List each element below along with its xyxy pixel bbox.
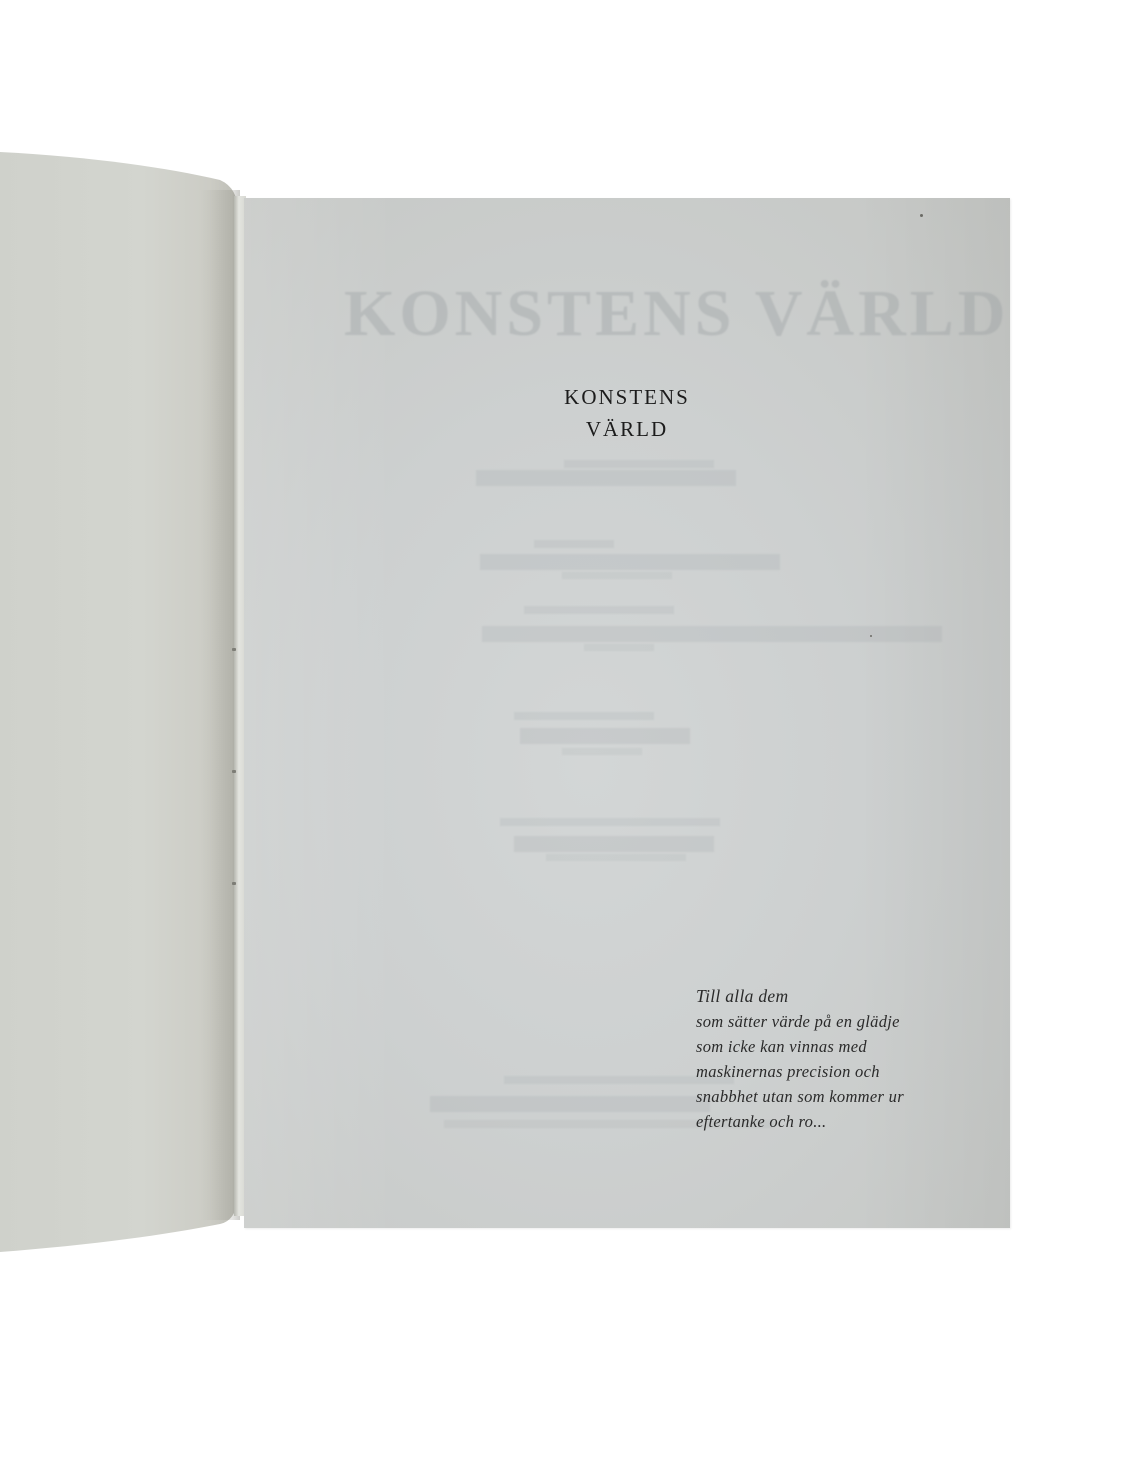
binding-stitch <box>232 648 236 651</box>
book-title: KONSTENS VÄRLD <box>244 381 1010 445</box>
title-line-1: KONSTENS <box>244 381 1010 413</box>
ghost-text <box>564 460 714 468</box>
binding-stitch <box>232 770 236 773</box>
ghost-text <box>584 644 654 651</box>
ghost-text <box>562 572 672 579</box>
dedication: Till alla dem som sätter värde på en glä… <box>696 984 904 1134</box>
ghost-text <box>480 554 780 570</box>
dedication-line: som icke kan vinnas med <box>696 1034 904 1059</box>
binding-stitch <box>232 882 236 885</box>
ghost-text <box>500 818 720 826</box>
ghost-text <box>514 712 654 720</box>
ghost-text <box>546 854 686 861</box>
dedication-line: maskinernas precision och <box>696 1059 904 1084</box>
paper-speck <box>870 635 872 637</box>
ghost-text <box>430 1096 710 1112</box>
ghost-text <box>520 728 690 744</box>
paper-speck <box>920 214 923 217</box>
ghost-text <box>562 748 642 755</box>
dedication-line: eftertanke och ro... <box>696 1109 904 1134</box>
dedication-line: som sätter värde på en glädje <box>696 1009 904 1034</box>
ghost-text <box>534 540 614 548</box>
ghost-text <box>524 606 674 614</box>
ghost-text <box>514 836 714 852</box>
title-line-2: VÄRLD <box>244 413 1010 445</box>
title-page: KONSTENS VÄRLD KONSTENS VÄRLD Till alla … <box>244 198 1010 1228</box>
ghost-title-bleedthrough: KONSTENS VÄRLD <box>344 276 1009 352</box>
dedication-line: snabbhet utan som kommer ur <box>696 1084 904 1109</box>
dedication-line: Till alla dem <box>696 984 904 1009</box>
ghost-text <box>476 470 736 486</box>
ghost-text <box>482 626 942 642</box>
